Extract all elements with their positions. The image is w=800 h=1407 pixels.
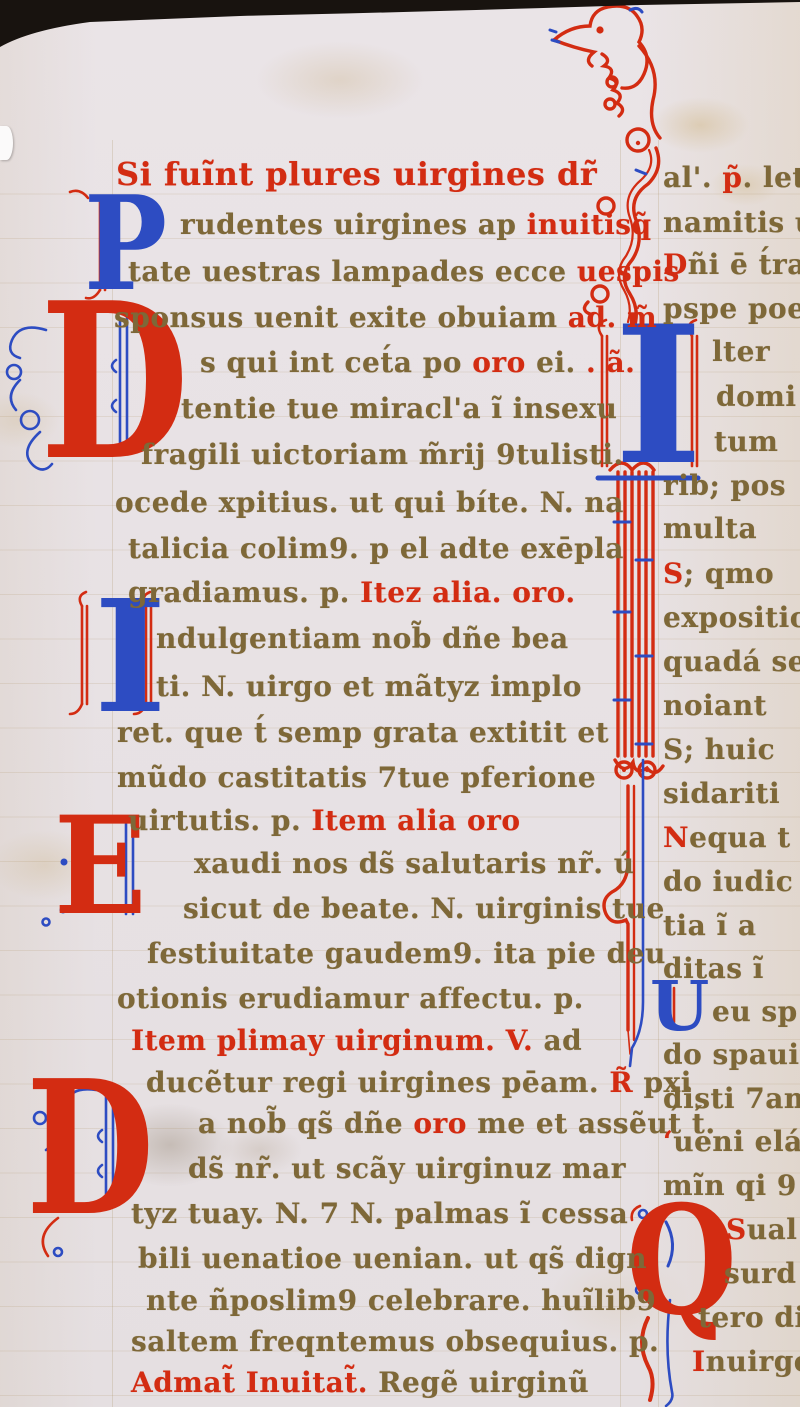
text-line: tero dili: [698, 1296, 800, 1340]
text-segment: tia ĩ a: [663, 909, 757, 942]
text-line: al'. p̃. let: [663, 156, 800, 200]
text-segment: ditas ĩ: [663, 952, 764, 985]
text-segment: D: [663, 248, 688, 281]
photo-edge-top: [0, 0, 800, 50]
text-segment: saltem freqntemus obsequius. p.: [131, 1325, 659, 1358]
text-segment: tum: [714, 425, 778, 458]
text-segment: Si fuĩnt plures uirgines dr̃: [116, 155, 597, 193]
text-segment: namitis u: [663, 206, 800, 239]
text-segment: do iudic: [663, 865, 793, 898]
text-line: festiuitate gaudem9. ita pie deu: [147, 932, 666, 976]
text-line: expositio: [663, 596, 800, 640]
text-segment: ndulgentiam nob̃ dñe bea: [156, 622, 569, 655]
text-segment: ei.: [536, 346, 586, 379]
text-segment: fragili uictoriam m̃rij 9tulisti.: [141, 438, 624, 471]
text-segment: s qui int cet́a po: [200, 346, 472, 379]
text-line: disti 7am: [663, 1077, 800, 1121]
text-segment: inuitisq̃: [527, 208, 652, 241]
parchment-edge-notch: [0, 126, 13, 160]
text-segment: nuirge: [706, 1345, 800, 1378]
text-segment: Admat̃ Inuitat̃.: [131, 1366, 378, 1399]
text-line: S; huic: [663, 728, 775, 772]
text-segment: tentie tue miracl'a ĩ insexu: [181, 392, 617, 425]
text-segment: nte ñposlim9 celebrare. huĩlib9: [146, 1284, 656, 1317]
text-segment: do spauit: [663, 1038, 800, 1071]
text-segment: tate uestras lampades ecce: [128, 255, 577, 288]
text-line: mĩn qi 9: [663, 1164, 797, 1208]
text-line: namitis u: [663, 201, 800, 245]
text-segment: mũdo castitatis 7tue pferione: [117, 761, 596, 794]
text-segment: disti 7am: [663, 1082, 800, 1115]
text-line: tentie tue miracl'a ĩ insexu: [181, 387, 617, 431]
text-segment: Item alia oro: [311, 804, 520, 837]
text-line: rudentes uirgines ap inuitisq̃: [180, 203, 652, 247]
text-line: ti. N. uirgo et mãtyz implo: [156, 665, 582, 709]
text-segment: sponsus uenit exite obuiam: [114, 301, 568, 334]
text-line: S; qmo: [663, 552, 774, 596]
text-segment: lter: [712, 335, 770, 368]
text-line: tyz tuay. N. 7 N. palmas ĩ cessa: [131, 1192, 628, 1236]
text-segment: ueni elá: [673, 1125, 800, 1158]
text-segment: oro: [413, 1107, 477, 1140]
text-line: ndulgentiam nob̃ dñe bea: [156, 617, 569, 661]
text-segment: S: [663, 557, 684, 590]
text-line: do spauit: [663, 1033, 800, 1077]
text-segment: al'.: [663, 161, 722, 194]
text-segment: . ã.: [586, 346, 635, 379]
text-segment: surd: [724, 1257, 796, 1290]
text-line: surd: [724, 1252, 796, 1296]
text-segment: uirtutis. p.: [128, 804, 311, 837]
text-line: xaudi nos ds̃ salutaris nr̃. ú: [194, 842, 635, 886]
text-segment: tero dili: [698, 1301, 800, 1334]
text-line: saltem freqntemus obsequius. p.: [131, 1320, 659, 1364]
text-line: ocede xpitius. ut qui bíte. N. na: [115, 481, 624, 525]
text-segment: otionis erudiamur affectu. p.: [117, 982, 584, 1015]
text-segment: ds̃ nr̃. ut scãy uirginuz mar: [188, 1152, 626, 1185]
text-segment: ducẽtur regi uirgines pēam.: [146, 1066, 609, 1099]
text-line: do iudic: [663, 860, 793, 904]
text-segment: talicia colim9. p el adte exēpla: [128, 532, 624, 565]
text-line: Item plimay uirginum. V. ad: [131, 1019, 582, 1063]
text-line: s qui int cet́a po oro ei. . ã.: [200, 341, 635, 385]
text-line: a nob̃ qs̃ dñe oro me et assẽut́ t́.: [198, 1102, 716, 1146]
text-segment: gradiamus. p.: [128, 576, 360, 609]
text-segment: eu sp: [712, 995, 798, 1028]
text-line: Sual: [726, 1208, 797, 1252]
text-line: domi: [716, 375, 797, 419]
text-segment: ad. m̃: [568, 301, 657, 334]
text-line: talicia colim9. p el adte exēpla: [128, 527, 624, 571]
text-line: uirtutis. p. Item alia oro: [128, 799, 521, 843]
text-segment: expositio: [663, 601, 800, 634]
text-segment: rudentes uirgines ap: [180, 208, 527, 241]
text-segment: domi: [716, 380, 797, 413]
text-line: pspe poe: [663, 287, 800, 331]
text-segment: Item plimay uirginum. V.: [131, 1024, 543, 1057]
text-segment: Itez alia. oro.: [360, 576, 575, 609]
text-segment: ual: [747, 1213, 798, 1246]
text-segment: S: [726, 1213, 747, 1246]
text-line: Admat̃ Inuitat̃. Regẽ uirginũ: [131, 1361, 589, 1405]
text-line: mũdo castitatis 7tue pferione: [117, 756, 596, 800]
text-segment: ad: [543, 1024, 582, 1057]
text-segment: sidariti: [663, 777, 780, 810]
text-segment: Regẽ uirginũ: [378, 1366, 589, 1399]
text-line: otionis erudiamur affectu. p.: [117, 977, 584, 1021]
text-line: sponsus uenit exite obuiam ad. m̃: [114, 296, 657, 340]
text-line: Dñi ē t́ra: [663, 243, 800, 287]
text-segment: oro: [472, 346, 536, 379]
text-segment: tyz tuay. N. 7 N. palmas ĩ cessa: [131, 1197, 628, 1230]
text-segment: . let: [742, 161, 800, 194]
text-line: gradiamus. p. Itez alia. oro.: [128, 571, 576, 615]
text-segment: sicut de beate. N. uirginis tue: [183, 892, 665, 925]
text-segment: pspe poe: [663, 292, 800, 325]
text-segment: a nob̃ qs̃ dñe: [198, 1107, 413, 1140]
text-line: bili uenatioe uenian. ut qs̃ dign: [138, 1237, 647, 1281]
text-line: multa: [663, 507, 757, 551]
text-line: tate uestras lampades ecce uespis: [128, 250, 680, 294]
text-line: noiant: [663, 684, 767, 728]
text-line: tia ĩ a: [663, 904, 757, 948]
text-line: fragili uictoriam m̃rij 9tulisti.: [141, 433, 624, 477]
text-line: ʻueni elá: [663, 1120, 800, 1164]
text-segment: rib; pos: [663, 469, 786, 502]
text-line: tum: [714, 420, 778, 464]
text-segment: xaudi nos ds̃ salutaris nr̃. ú: [194, 847, 635, 880]
text-line: ducẽtur regi uirgines pēam. R̃ pxi: [146, 1061, 692, 1105]
text-segment: ñi ē t́ra: [688, 248, 800, 281]
text-line: eu sp: [712, 990, 798, 1034]
text-line: ditas ĩ: [663, 947, 764, 991]
text-line: Si fuĩnt plures uirgines dr̃: [116, 152, 597, 196]
text-segment: ti. N. uirgo et mãtyz implo: [156, 670, 582, 703]
text-segment: ʻ: [663, 1125, 673, 1158]
text-line: ret. que t́ semp grata extitit et: [117, 711, 609, 755]
text-segment: mĩn qi 9: [663, 1169, 797, 1202]
text-segment: I: [692, 1345, 706, 1378]
text-segment: S; huic: [663, 733, 775, 766]
text-segment: ; qmo: [684, 557, 774, 590]
text-segment: quadá se: [663, 645, 800, 678]
text-line: sidariti: [663, 772, 780, 816]
text-segment: ocede xpitius. ut qui bíte. N. na: [115, 486, 624, 519]
text-line: Inuirge: [692, 1340, 800, 1384]
text-segment: noiant: [663, 689, 767, 722]
text-line: quadá se: [663, 640, 800, 684]
text-segment: N: [663, 821, 689, 854]
text-line: lter: [712, 330, 770, 374]
text-line: rib; pos: [663, 464, 786, 508]
text-segment: multa: [663, 512, 757, 545]
text-segment: ret. que t́ semp grata extitit et: [117, 716, 609, 749]
text-line: sicut de beate. N. uirginis tue: [183, 887, 665, 931]
text-line: Nequa t: [663, 816, 791, 860]
text-segment: bili uenatioe uenian. ut qs̃ dign: [138, 1242, 647, 1275]
text-segment: festiuitate gaudem9. ita pie deu: [147, 937, 666, 970]
text-line: ds̃ nr̃. ut scãy uirginuz mar: [188, 1147, 626, 1191]
manuscript-page: PDIEDIUQ Si fuĩnt plures uirgines dr̃rud…: [0, 0, 800, 1407]
text-segment: equa t: [689, 821, 791, 854]
text-line: nte ñposlim9 celebrare. huĩlib9: [146, 1279, 656, 1323]
text-segment: p̃: [722, 161, 742, 194]
text-segment: R̃: [609, 1066, 643, 1099]
